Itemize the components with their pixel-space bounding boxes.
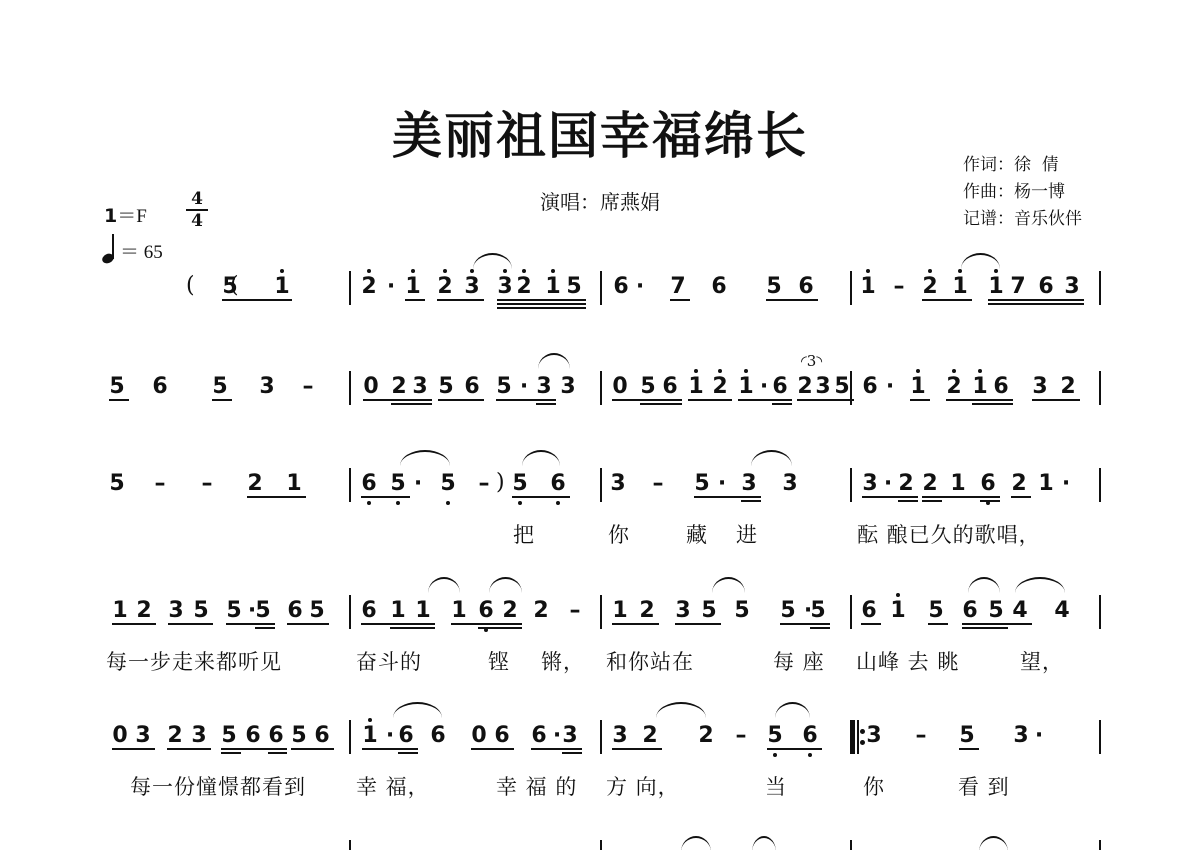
- note: 2: [134, 598, 154, 624]
- lyric-text: 你: [608, 519, 630, 549]
- note: 6: [150, 374, 170, 400]
- lyric-text: 幸 福 的: [496, 771, 577, 801]
- sustain-dash: –: [648, 471, 668, 497]
- beam-underline: [497, 299, 586, 301]
- note: 3: [166, 598, 186, 624]
- note: 5: [307, 598, 327, 624]
- beam-underline: [512, 496, 570, 498]
- note: 6: [462, 374, 482, 400]
- barline: [1099, 371, 1101, 405]
- beam-underline: [922, 496, 1000, 498]
- augmentation-dot: ·: [514, 374, 534, 400]
- note: 5: [224, 598, 244, 624]
- note: 5: [107, 471, 127, 497]
- note: 2: [359, 274, 379, 300]
- note: 1: [888, 598, 908, 624]
- time-signature-bottom: 4: [186, 212, 208, 230]
- beam-underline: [437, 299, 484, 301]
- beam-underline: [268, 752, 287, 754]
- beam-underline: [910, 399, 930, 401]
- beam-underline: [471, 748, 514, 750]
- time-signature-top: 4: [186, 190, 208, 208]
- lyric-text: 看 到: [958, 771, 1010, 801]
- note: 6: [359, 471, 379, 497]
- beam-underline: [536, 403, 556, 405]
- beam-underline: [946, 399, 1013, 401]
- tie-slur: [428, 577, 460, 593]
- parenthesis: (: [186, 273, 195, 298]
- barline: [850, 371, 852, 405]
- note: 2: [920, 274, 940, 300]
- beam-underline: [497, 303, 586, 305]
- note: 7: [1008, 274, 1028, 300]
- note: 5: [764, 274, 784, 300]
- note: 3: [780, 471, 800, 497]
- sustain-dash: –: [731, 723, 751, 749]
- note: 2: [1009, 471, 1029, 497]
- augmentation-dot: ·: [408, 471, 428, 497]
- beam-underline: [361, 496, 410, 498]
- beam-underline: [780, 623, 830, 625]
- tempo-value: ＝ 65: [120, 237, 163, 264]
- note: 3: [495, 274, 515, 300]
- beam-underline: [962, 627, 1008, 629]
- beam-underline: [922, 299, 972, 301]
- note: 1: [543, 274, 563, 300]
- note: 1: [360, 723, 380, 749]
- beam-underline: [255, 627, 275, 629]
- note: 0: [110, 723, 130, 749]
- sustain-dash: –: [150, 471, 170, 497]
- beam-underline: [287, 623, 329, 625]
- beam-underline: [772, 403, 792, 405]
- barline: [850, 595, 852, 629]
- note: 5: [692, 471, 712, 497]
- barline: [1099, 468, 1101, 502]
- note: 3: [410, 374, 430, 400]
- note: 5: [699, 598, 719, 624]
- note: 6: [396, 723, 416, 749]
- lyric-text: 山峰 去 眺: [856, 646, 959, 676]
- note: 6: [312, 723, 332, 749]
- note: 2: [514, 274, 534, 300]
- beam-underline: [988, 299, 1084, 301]
- triplet-mark: ◜3◝: [801, 352, 822, 370]
- note: 6: [860, 374, 880, 400]
- note: 6: [800, 723, 820, 749]
- tie-slur: [393, 702, 442, 718]
- beam-underline: [390, 627, 435, 629]
- beam-underline: [694, 496, 761, 498]
- note: 5: [765, 723, 785, 749]
- note: 1: [403, 274, 423, 300]
- note: 3: [560, 723, 580, 749]
- lyric-text: 把: [513, 519, 535, 549]
- beam-underline: [738, 399, 792, 401]
- beam-underline: [112, 623, 156, 625]
- note: 6: [709, 274, 729, 300]
- barline: [1099, 840, 1101, 850]
- barline: [1099, 595, 1101, 629]
- beam-underline: [797, 399, 854, 401]
- barline: [1099, 720, 1101, 754]
- note: 7: [668, 274, 688, 300]
- lyric-text: 方 向，: [606, 771, 680, 801]
- note: 1: [736, 374, 756, 400]
- beam-underline: [362, 748, 418, 750]
- note: 1: [948, 471, 968, 497]
- note: 2: [531, 598, 551, 624]
- barline: [600, 595, 602, 629]
- note: 3: [558, 374, 578, 400]
- beam-underline: [861, 623, 881, 625]
- note: 3: [608, 471, 628, 497]
- augmentation-dot: ·: [712, 471, 732, 497]
- lyricist-credit: 作词：徐 倩: [963, 152, 1082, 179]
- note: 3: [610, 723, 630, 749]
- note: 2: [795, 374, 815, 400]
- repeat-start-barline: [850, 720, 855, 754]
- lyric-text: 锵，: [541, 646, 585, 676]
- beam-underline: [670, 299, 690, 301]
- beam-underline: [361, 623, 435, 625]
- barline: [600, 271, 602, 305]
- note: 6: [1036, 274, 1056, 300]
- note: 3: [813, 374, 833, 400]
- credits-block: 作词：徐 倩 作曲：杨一博 记谱：音乐伙伴: [963, 152, 1082, 233]
- note: 3: [739, 471, 759, 497]
- beam-underline: [898, 500, 918, 502]
- note: 2: [696, 723, 716, 749]
- note: 5: [564, 274, 584, 300]
- note: 1: [284, 471, 304, 497]
- note: 6: [859, 598, 879, 624]
- barline: [349, 271, 351, 305]
- beam-underline: [962, 623, 1032, 625]
- note: 6: [991, 374, 1011, 400]
- lyric-text: 每一份憧憬都看到: [130, 771, 306, 801]
- lyric-text: 奋斗的: [356, 646, 422, 676]
- note: 5: [638, 374, 658, 400]
- beam-underline: [972, 403, 1013, 405]
- repeat-dots: [860, 729, 865, 745]
- note: 1: [858, 274, 878, 300]
- tie-slur: [473, 253, 512, 269]
- note: 5: [732, 598, 752, 624]
- note: 6: [529, 723, 549, 749]
- beam-underline: [247, 496, 306, 498]
- beam-underline: [226, 623, 275, 625]
- parenthesis: ): [496, 470, 505, 495]
- note: 5: [957, 723, 977, 749]
- note: 5: [388, 471, 408, 497]
- beam-underline: [109, 399, 129, 401]
- beam-underline: [980, 500, 1000, 502]
- parenthesis: (: [230, 273, 239, 298]
- beam-underline: [767, 748, 822, 750]
- tie-slur: [656, 702, 706, 718]
- note: 2: [920, 471, 940, 497]
- beam-underline: [675, 623, 721, 625]
- beam-underline: [810, 627, 830, 629]
- barline: [349, 371, 351, 405]
- composer-credit: 作曲：杨一博: [963, 179, 1082, 206]
- note: 1: [110, 598, 130, 624]
- tie-slur: [522, 450, 560, 466]
- tie-slur: [538, 353, 570, 369]
- barline: [850, 840, 852, 850]
- note: 2: [1058, 374, 1078, 400]
- note: 6: [796, 274, 816, 300]
- sustain-dash: –: [889, 274, 909, 300]
- note: 5: [253, 598, 273, 624]
- barline: [349, 468, 351, 502]
- sustain-dash: –: [298, 374, 318, 400]
- barline: [600, 720, 602, 754]
- note: 5: [289, 723, 309, 749]
- lyric-text: 每一步走来都听见: [106, 646, 282, 676]
- note: 4: [1052, 598, 1072, 624]
- note: 6: [770, 374, 790, 400]
- augmentation-dot: ·: [880, 374, 900, 400]
- beam-underline: [167, 748, 211, 750]
- note: 3: [860, 471, 880, 497]
- note: 3: [189, 723, 209, 749]
- time-signature: 4 4: [186, 190, 208, 230]
- beam-underline: [862, 496, 918, 498]
- note: 1: [272, 274, 292, 300]
- beam-underline: [212, 399, 232, 401]
- augmentation-dot: ·: [878, 471, 898, 497]
- note: 1: [1036, 471, 1056, 497]
- note: 5: [926, 598, 946, 624]
- beam-underline: [1011, 496, 1031, 498]
- lyric-text: 每 座: [773, 646, 825, 676]
- tie-slur: [775, 702, 810, 718]
- beam-underline: [1032, 399, 1080, 401]
- beam-underline: [438, 399, 484, 401]
- augmentation-dot: ·: [1056, 471, 1076, 497]
- sustain-dash: –: [474, 471, 494, 497]
- beam-underline: [496, 399, 556, 401]
- note: 5: [510, 471, 530, 497]
- note: 5: [191, 598, 211, 624]
- note: 5: [219, 723, 239, 749]
- note: 5: [107, 374, 127, 400]
- note: 2: [500, 598, 520, 624]
- note: 5: [986, 598, 1006, 624]
- beam-underline: [531, 748, 582, 750]
- beam-underline: [562, 752, 582, 754]
- note: 6: [243, 723, 263, 749]
- barline: [600, 371, 602, 405]
- note: 1: [610, 598, 630, 624]
- note: 2: [389, 374, 409, 400]
- note: 2: [637, 598, 657, 624]
- barline: [1099, 271, 1101, 305]
- beam-underline: [741, 500, 761, 502]
- tie-slur: [400, 450, 450, 466]
- beam-underline: [959, 748, 979, 750]
- note: 0: [361, 374, 381, 400]
- lyric-text: 望，: [1020, 646, 1064, 676]
- note: 0: [469, 723, 489, 749]
- tie-slur: [752, 836, 776, 850]
- note: 5: [778, 598, 798, 624]
- note: 1: [986, 274, 1006, 300]
- note: 1: [970, 374, 990, 400]
- augmentation-dot: ·: [1029, 723, 1049, 749]
- barline: [349, 595, 351, 629]
- note: 6: [611, 274, 631, 300]
- barline: [600, 468, 602, 502]
- note: 3: [462, 274, 482, 300]
- note: 6: [428, 723, 448, 749]
- tie-slur: [751, 450, 792, 466]
- beam-underline: [363, 399, 432, 401]
- barline: [850, 271, 852, 305]
- note: 3: [673, 598, 693, 624]
- note: 3: [534, 374, 554, 400]
- lyric-text: 藏: [686, 519, 708, 549]
- beam-underline: [451, 623, 522, 625]
- note: 1: [413, 598, 433, 624]
- note: 1: [908, 374, 928, 400]
- lyric-text: 你: [863, 771, 885, 801]
- note: 3: [1030, 374, 1050, 400]
- beam-underline: [112, 748, 155, 750]
- augmentation-dot: ·: [381, 274, 401, 300]
- barline: [850, 468, 852, 502]
- lyric-text: 进: [736, 519, 758, 549]
- note: 3: [1062, 274, 1082, 300]
- augmentation-dot: ·: [630, 274, 650, 300]
- note: 1: [449, 598, 469, 624]
- note: 3: [864, 723, 884, 749]
- note: 2: [245, 471, 265, 497]
- sustain-dash: –: [911, 723, 931, 749]
- note: 6: [978, 471, 998, 497]
- beam-underline: [766, 299, 818, 301]
- lyric-text: 铿: [488, 646, 510, 676]
- beam-underline: [612, 399, 682, 401]
- beam-underline: [988, 303, 1084, 305]
- key-signature: 1＝F: [104, 201, 147, 228]
- beam-underline: [391, 403, 432, 405]
- note: 6: [492, 723, 512, 749]
- note: 3: [133, 723, 153, 749]
- barline: [600, 840, 602, 850]
- beam-underline: [612, 748, 662, 750]
- beam-underline: [398, 752, 418, 754]
- beam-underline: [291, 748, 334, 750]
- tie-slur: [712, 577, 745, 593]
- note: 3: [257, 374, 277, 400]
- note: 0: [610, 374, 630, 400]
- lyric-text: 当: [765, 771, 787, 801]
- beam-underline: [221, 752, 241, 754]
- beam-underline: [405, 299, 425, 301]
- note: 1: [388, 598, 408, 624]
- note: 2: [165, 723, 185, 749]
- note: 5: [438, 471, 458, 497]
- beam-underline: [478, 627, 522, 629]
- note: 3: [1011, 723, 1031, 749]
- tie-slur: [1015, 577, 1065, 593]
- barline: [349, 720, 351, 754]
- beam-underline: [640, 403, 682, 405]
- note: 1: [686, 374, 706, 400]
- beam-underline: [928, 623, 948, 625]
- transcriber-credit: 记谱：音乐伙伴: [963, 206, 1082, 233]
- note: 6: [476, 598, 496, 624]
- note: 2: [640, 723, 660, 749]
- sustain-dash: –: [197, 471, 217, 497]
- beam-underline: [922, 500, 942, 502]
- beam-underline: [612, 623, 659, 625]
- lyric-text: 酝 酿已久的歌唱，: [857, 519, 1041, 549]
- lyric-text: 和你站在: [606, 646, 694, 676]
- note: 6: [660, 374, 680, 400]
- beam-underline: [688, 399, 732, 401]
- beam-underline: [221, 748, 287, 750]
- note: 2: [710, 374, 730, 400]
- tempo-marking: ＝ 65: [102, 234, 163, 264]
- note: 1: [950, 274, 970, 300]
- tie-slur: [961, 253, 1000, 269]
- note: 5: [808, 598, 828, 624]
- note: 4: [1010, 598, 1030, 624]
- note: 2: [435, 274, 455, 300]
- note: 5: [832, 374, 852, 400]
- lyric-text: 幸 福，: [356, 771, 430, 801]
- barline: [349, 840, 351, 850]
- tie-slur: [681, 836, 711, 850]
- tie-slur: [979, 836, 1008, 850]
- quarter-note-icon: [102, 234, 116, 264]
- key-tonic: 1: [104, 205, 117, 227]
- note: 2: [896, 471, 916, 497]
- tie-slur: [968, 577, 1000, 593]
- note: 6: [960, 598, 980, 624]
- beam-underline: [222, 299, 292, 301]
- note: 5: [494, 374, 514, 400]
- key-name: ＝F: [117, 206, 147, 227]
- note: 5: [210, 374, 230, 400]
- note: 6: [266, 723, 286, 749]
- tie-slur: [489, 577, 522, 593]
- note: 2: [944, 374, 964, 400]
- repeat-start-thin-barline: [857, 720, 859, 754]
- beam-underline: [497, 307, 586, 309]
- beam-underline: [168, 623, 213, 625]
- note: 6: [359, 598, 379, 624]
- sustain-dash: –: [565, 598, 585, 624]
- note: 6: [285, 598, 305, 624]
- note: 6: [548, 471, 568, 497]
- note: 5: [436, 374, 456, 400]
